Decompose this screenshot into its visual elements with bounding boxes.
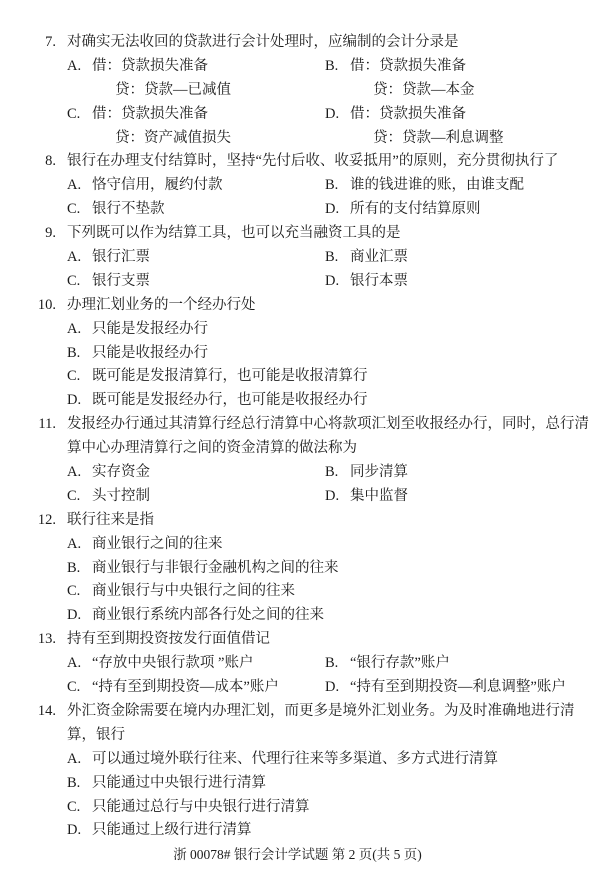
question-stem-continued: 算中心办理清算行之间的资金清算的做法称为 — [0, 437, 595, 461]
option-B: B.商业银行与非银行金融机构之间的往来 — [67, 557, 339, 581]
option-A: A.实存资金 — [67, 461, 325, 485]
question-list: 7.对确实无法收回的贷款进行会计处理时，应编制的会计分录是A.借：贷款损失准备B… — [0, 31, 595, 843]
question-10: 10.办理汇划业务的一个经办行处A.只能是发报经办行B.只能是收报经办行C.既可… — [0, 294, 595, 413]
option-label: B. — [67, 772, 92, 796]
question-number: 12. — [0, 509, 56, 533]
option-label: A. — [67, 652, 92, 676]
option-text: 银行本票 — [350, 270, 408, 294]
option-label: A. — [67, 533, 92, 557]
question-stem: 下列既可以作为结算工具，也可以充当融资工具的是 — [67, 222, 401, 246]
question-8: 8.银行在办理支付结算时，坚持“先付后收、收妥抵用”的原则，充分贯彻执行了A.恪… — [0, 150, 595, 222]
question-11: 11.发报经办行通过其清算行经总行清算中心将款项汇划至收报经办行，同时，总行清算… — [0, 413, 595, 509]
question-number: 13. — [0, 628, 56, 652]
question-7: 7.对确实无法收回的贷款进行会计处理时，应编制的会计分录是A.借：贷款损失准备B… — [0, 31, 595, 150]
option-B: B.只能通过中央银行进行清算 — [67, 772, 266, 796]
option-C: C.既可能是发报清算行，也可能是收报清算行 — [67, 365, 368, 389]
question-number: 10. — [0, 294, 56, 318]
option-text: 借：贷款损失准备 — [92, 103, 208, 127]
option-text: 既可能是发报经办行，也可能是收报经办行 — [92, 389, 368, 413]
question-12: 12.联行往来是指A.商业银行之间的往来B.商业银行与非银行金融机构之间的往来C… — [0, 509, 595, 628]
exam-page: 7.对确实无法收回的贷款进行会计处理时，应编制的会计分录是A.借：贷款损失准备B… — [0, 0, 595, 867]
option-text: 只能是发报经办行 — [92, 318, 208, 342]
option-credit-line: 贷：贷款—本金 — [325, 79, 583, 103]
option-C: C.只能通过总行与中央银行进行清算 — [67, 796, 310, 820]
question-stem: 外汇资金除需要在境内办理汇划，而更多是境外汇划业务。为及时准确地进行清 — [67, 700, 575, 724]
question-number: 9. — [0, 222, 56, 246]
option-credit-line: 贷：资产减值损失 — [67, 127, 325, 151]
option-text: 借：贷款损失准备 — [350, 103, 466, 127]
option-C: C.头寸控制 — [67, 485, 325, 509]
option-label: D. — [325, 103, 350, 127]
option-C: C.商业银行与中央银行之间的往来 — [67, 580, 295, 604]
option-text: 恪守信用，履约付款 — [92, 174, 223, 198]
option-text: 同步清算 — [350, 461, 408, 485]
question-stem: 银行在办理支付结算时，坚持“先付后收、收妥抵用”的原则，充分贯彻执行了 — [67, 150, 558, 174]
option-C: C.借：贷款损失准备 — [67, 103, 325, 127]
option-text: 所有的支付结算原则 — [350, 198, 481, 222]
option-text: 商业汇票 — [350, 246, 408, 270]
option-text: 实存资金 — [92, 461, 150, 485]
option-text: 只能通过总行与中央银行进行清算 — [92, 796, 310, 820]
option-text: 只能通过上级行进行清算 — [92, 819, 252, 843]
option-text: 商业银行系统内部各行处之间的往来 — [92, 604, 324, 628]
option-label: C. — [67, 580, 92, 604]
option-D: D.“持有至到期投资—利息调整”账户 — [325, 676, 566, 700]
option-label: A. — [67, 174, 92, 198]
question-number: 8. — [0, 150, 56, 174]
option-text: 谁的钱进谁的账，由谁支配 — [350, 174, 524, 198]
credit-entry-text: 贷：贷款—已减值 — [67, 79, 231, 103]
option-A: A.银行汇票 — [67, 246, 325, 270]
option-C: C.银行不垫款 — [67, 198, 325, 222]
option-text: “持有至到期投资—利息调整”账户 — [350, 676, 566, 700]
option-text: “存放中央银行款项 ”账户 — [92, 652, 254, 676]
option-B: B.借：贷款损失准备 — [325, 55, 466, 79]
option-label: B. — [67, 342, 92, 366]
option-label: C. — [67, 365, 92, 389]
option-text: 银行支票 — [92, 270, 150, 294]
credit-entry-text: 贷：资产减值损失 — [67, 127, 231, 151]
question-9: 9.下列既可以作为结算工具，也可以充当融资工具的是A.银行汇票B.商业汇票C.银… — [0, 222, 595, 294]
option-D: D.所有的支付结算原则 — [325, 198, 481, 222]
option-D: D.借：贷款损失准备 — [325, 103, 466, 127]
option-label: D. — [325, 198, 350, 222]
option-label: B. — [67, 557, 92, 581]
option-A: A.借：贷款损失准备 — [67, 55, 325, 79]
option-label: D. — [67, 389, 92, 413]
option-text: “持有至到期投资—成本”账户 — [92, 676, 279, 700]
question-stem: 联行往来是指 — [67, 509, 154, 533]
option-label: D. — [67, 819, 92, 843]
option-D: D.银行本票 — [325, 270, 408, 294]
credit-entry-text: 贷：贷款—利息调整 — [325, 127, 504, 151]
option-A: A.只能是发报经办行 — [67, 318, 208, 342]
option-text: 商业银行与非银行金融机构之间的往来 — [92, 557, 339, 581]
option-label: C. — [67, 103, 92, 127]
option-B: B.只能是收报经办行 — [67, 342, 208, 366]
option-label: A. — [67, 748, 92, 772]
option-D: D.商业银行系统内部各行处之间的往来 — [67, 604, 324, 628]
question-number: 7. — [0, 31, 56, 55]
option-label: B. — [325, 461, 350, 485]
question-13: 13.持有至到期投资按发行面值借记A.“存放中央银行款项 ”账户B.“银行存款”… — [0, 628, 595, 700]
option-label: A. — [67, 318, 92, 342]
option-D: D.既可能是发报经办行，也可能是收报经办行 — [67, 389, 368, 413]
option-text: 只能通过中央银行进行清算 — [92, 772, 266, 796]
option-D: D.集中监督 — [325, 485, 408, 509]
option-A: A.恪守信用，履约付款 — [67, 174, 325, 198]
option-label: A. — [67, 461, 92, 485]
option-text: “银行存款”账户 — [350, 652, 450, 676]
option-label: C. — [67, 270, 92, 294]
option-text: 既可能是发报清算行，也可能是收报清算行 — [92, 365, 368, 389]
option-text: 可以通过境外联行往来、代理行往来等多渠道、多方式进行清算 — [92, 748, 498, 772]
question-14: 14.外汇资金除需要在境内办理汇划，而更多是境外汇划业务。为及时准确地进行清算，… — [0, 700, 595, 843]
credit-entry-text: 贷：贷款—本金 — [325, 79, 475, 103]
option-label: B. — [325, 652, 350, 676]
option-A: A.可以通过境外联行往来、代理行往来等多渠道、多方式进行清算 — [67, 748, 498, 772]
question-number: 14. — [0, 700, 56, 724]
option-label: A. — [67, 55, 92, 79]
option-C: C.“持有至到期投资—成本”账户 — [67, 676, 325, 700]
option-C: C.银行支票 — [67, 270, 325, 294]
option-text: 借：贷款损失准备 — [350, 55, 466, 79]
option-A: A.商业银行之间的往来 — [67, 533, 223, 557]
option-label: C. — [67, 676, 92, 700]
option-text: 借：贷款损失准备 — [92, 55, 208, 79]
question-number: 11. — [0, 413, 56, 437]
option-label: D. — [325, 485, 350, 509]
option-B: B.谁的钱进谁的账，由谁支配 — [325, 174, 524, 198]
question-stem: 对确实无法收回的贷款进行会计处理时，应编制的会计分录是 — [67, 31, 459, 55]
option-D: D.只能通过上级行进行清算 — [67, 819, 252, 843]
question-stem: 发报经办行通过其清算行经总行清算中心将款项汇划至收报经办行，同时，总行清 — [67, 413, 589, 437]
option-text: 商业银行之间的往来 — [92, 533, 223, 557]
page-footer: 浙 00078# 银行会计学试题 第 2 页(共 5 页) — [0, 843, 595, 867]
option-text: 头寸控制 — [92, 485, 150, 509]
option-B: B.商业汇票 — [325, 246, 408, 270]
option-label: C. — [67, 485, 92, 509]
option-label: D. — [325, 676, 350, 700]
option-text: 集中监督 — [350, 485, 408, 509]
option-label: B. — [325, 55, 350, 79]
option-label: D. — [67, 604, 92, 628]
option-text: 商业银行与中央银行之间的往来 — [92, 580, 295, 604]
option-label: B. — [325, 174, 350, 198]
option-A: A.“存放中央银行款项 ”账户 — [67, 652, 325, 676]
option-B: B.同步清算 — [325, 461, 408, 485]
option-label: B. — [325, 246, 350, 270]
option-B: B.“银行存款”账户 — [325, 652, 450, 676]
option-credit-line: 贷：贷款—利息调整 — [325, 127, 583, 151]
option-text: 只能是收报经办行 — [92, 342, 208, 366]
option-text: 银行汇票 — [92, 246, 150, 270]
option-text: 银行不垫款 — [92, 198, 165, 222]
option-label: C. — [67, 198, 92, 222]
option-credit-line: 贷：贷款—已减值 — [67, 79, 325, 103]
option-label: A. — [67, 246, 92, 270]
question-stem: 持有至到期投资按发行面值借记 — [67, 628, 270, 652]
option-label: D. — [325, 270, 350, 294]
question-stem-continued: 算，银行 — [0, 724, 595, 748]
question-stem: 办理汇划业务的一个经办行处 — [67, 294, 256, 318]
option-label: C. — [67, 796, 92, 820]
